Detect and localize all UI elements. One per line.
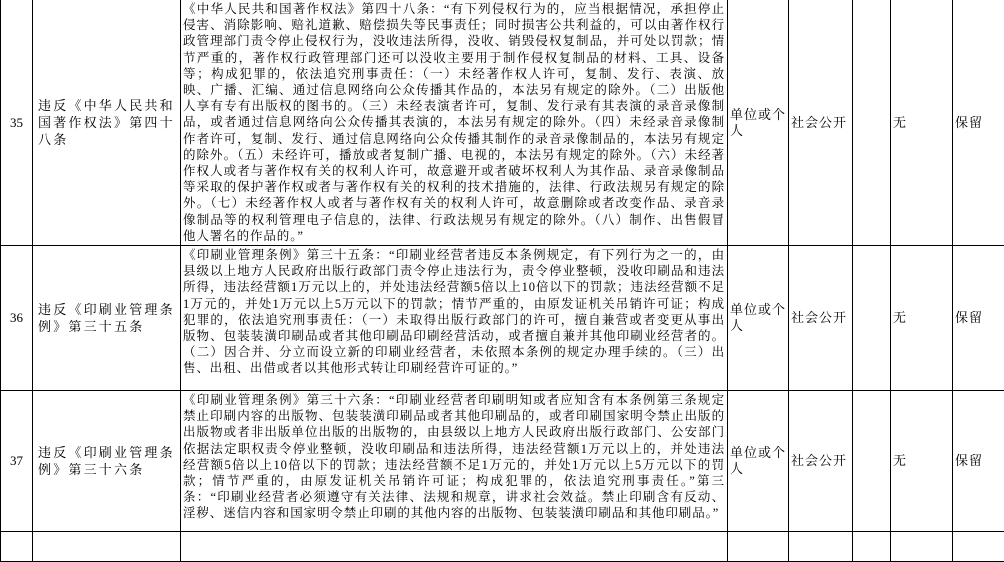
empty-cell [853, 246, 891, 391]
penalty-basis-cell: 《印刷业管理条例》第三十六条：“印刷业经营者印刷明知或者应知含有本条例第三条规定… [181, 391, 728, 532]
empty-cell [853, 391, 891, 532]
disclosure-scope-cell: 社会公开 [789, 246, 853, 391]
row-number-cell: 35 [1, 0, 33, 246]
remark-cell [891, 532, 953, 542]
table-row: 36 违反《印刷业管理条例》第三十五条 《印刷业管理条例》第三十五条：“印刷业经… [1, 246, 1004, 391]
remark-cell: 无 [891, 0, 953, 246]
penalty-basis-cell: 《中华人民共和国著作权法》第四十八条：“有下列侵权行为的，应当根据情况，承担停止… [181, 0, 728, 246]
penalty-target-cell: 单位或个人 [728, 246, 789, 391]
retention-cell: 保留 [953, 391, 1004, 532]
document-page: 35 违反《中华人民共和国著作权法》第四十八条 《中华人民共和国著作权法》第四十… [0, 0, 1004, 541]
penalty-target-cell: 单位或个人 [728, 0, 789, 246]
penalty-basis-cell: 《印刷业管理条例》第三十五条：“印刷业经营者违反本条例规定，有下列行为之一的，由… [181, 246, 728, 391]
disclosure-scope-cell [789, 532, 853, 542]
penalty-basis-cell [181, 532, 728, 542]
violation-clause-cell: 违反《印刷业管理条例》第三十五条 [33, 246, 181, 391]
table-row-partial [1, 532, 1004, 542]
table-row: 37 违反《印刷业管理条例》第三十六条 《印刷业管理条例》第三十六条：“印刷业经… [1, 391, 1004, 532]
retention-cell: 保留 [953, 0, 1004, 246]
remark-cell: 无 [891, 246, 953, 391]
penalty-table: 35 违反《中华人民共和国著作权法》第四十八条 《中华人民共和国著作权法》第四十… [0, 0, 1004, 541]
empty-cell [853, 0, 891, 246]
penalty-target-cell: 单位或个人 [728, 391, 789, 532]
row-number-cell: 36 [1, 246, 33, 391]
retention-cell [953, 532, 1004, 542]
row-number-cell [1, 532, 33, 542]
disclosure-scope-cell: 社会公开 [789, 391, 853, 532]
disclosure-scope-cell: 社会公开 [789, 0, 853, 246]
retention-cell: 保留 [953, 246, 1004, 391]
penalty-target-cell [728, 532, 789, 542]
remark-cell: 无 [891, 391, 953, 532]
table-row: 35 违反《中华人民共和国著作权法》第四十八条 《中华人民共和国著作权法》第四十… [1, 0, 1004, 246]
violation-clause-cell: 违反《印刷业管理条例》第三十六条 [33, 391, 181, 532]
empty-cell [853, 532, 891, 542]
violation-clause-cell: 违反《中华人民共和国著作权法》第四十八条 [33, 0, 181, 246]
row-number-cell: 37 [1, 391, 33, 532]
violation-clause-cell [33, 532, 181, 542]
